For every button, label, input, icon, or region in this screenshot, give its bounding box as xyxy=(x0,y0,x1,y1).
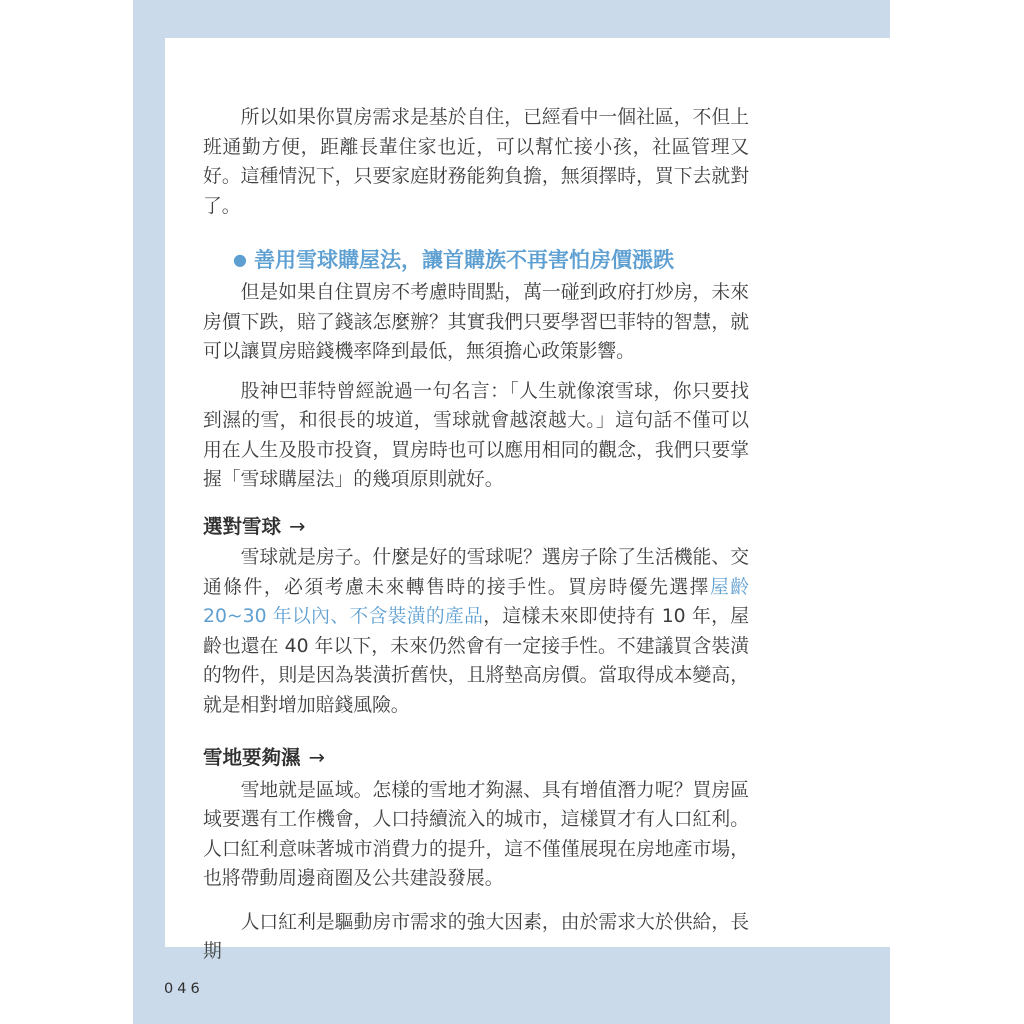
section-heading: ●善用雪球購屋法，讓首購族不再害怕房價漲跌 xyxy=(203,245,749,275)
subsection-heading-text: 選對雪球 xyxy=(203,515,281,538)
paragraph-snowball: 雪球就是房子。什麼是好的雪球呢？選房子除了生活機能、交通條件，必須考慮未來轉售時… xyxy=(203,543,749,720)
subsection-heading-wet-snowfield: 雪地要夠濕→ xyxy=(203,743,749,773)
paragraph-snowfield: 雪地就是區域。怎樣的雪地才夠濕、具有增值潛力呢？買房區域要選有工作機會，人口持續… xyxy=(203,776,749,894)
paragraph-intro: 所以如果你買房需求是基於自住，已經看中一個社區，不但上班通勤方便，距離長輩住家也… xyxy=(203,103,749,221)
book-page: 所以如果你買房需求是基於自住，已經看中一個社區，不但上班通勤方便，距離長輩住家也… xyxy=(0,0,1024,1024)
page-number: 046 xyxy=(164,981,204,997)
bullet-icon: ● xyxy=(233,250,247,269)
section-heading-text: 善用雪球購屋法，讓首購族不再害怕房價漲跌 xyxy=(254,248,674,272)
page-sheet: 所以如果你買房需求是基於自住，已經看中一個社區，不但上班通勤方便，距離長輩住家也… xyxy=(165,38,890,947)
paragraph-buffett-quote: 股神巴菲特曾經說過一句名言：「人生就像滾雪球，你只要找到濕的雪，和很長的坡道，雪… xyxy=(203,377,749,495)
paragraph-policy-risk: 但是如果自住買房不考慮時間點，萬一碰到政府打炒房，未來房價下跌，賠了錢該怎麼辦？… xyxy=(203,278,749,367)
page-content: 所以如果你買房需求是基於自住，已經看中一個社區，不但上班通勤方便，距離長輩住家也… xyxy=(203,103,749,967)
paragraph-snowball-pre: 雪球就是房子。什麼是好的雪球呢？選房子除了生活機能、交通條件，必須考慮未來轉售時… xyxy=(203,547,749,598)
arrow-icon: → xyxy=(309,746,325,769)
subsection-heading-pick-snowball: 選對雪球→ xyxy=(203,512,749,542)
paragraph-population-dividend: 人口紅利是驅動房市需求的強大因素，由於需求大於供給，長期 xyxy=(203,908,749,967)
arrow-icon: → xyxy=(289,515,305,538)
subsection-heading-text: 雪地要夠濕 xyxy=(203,746,301,769)
